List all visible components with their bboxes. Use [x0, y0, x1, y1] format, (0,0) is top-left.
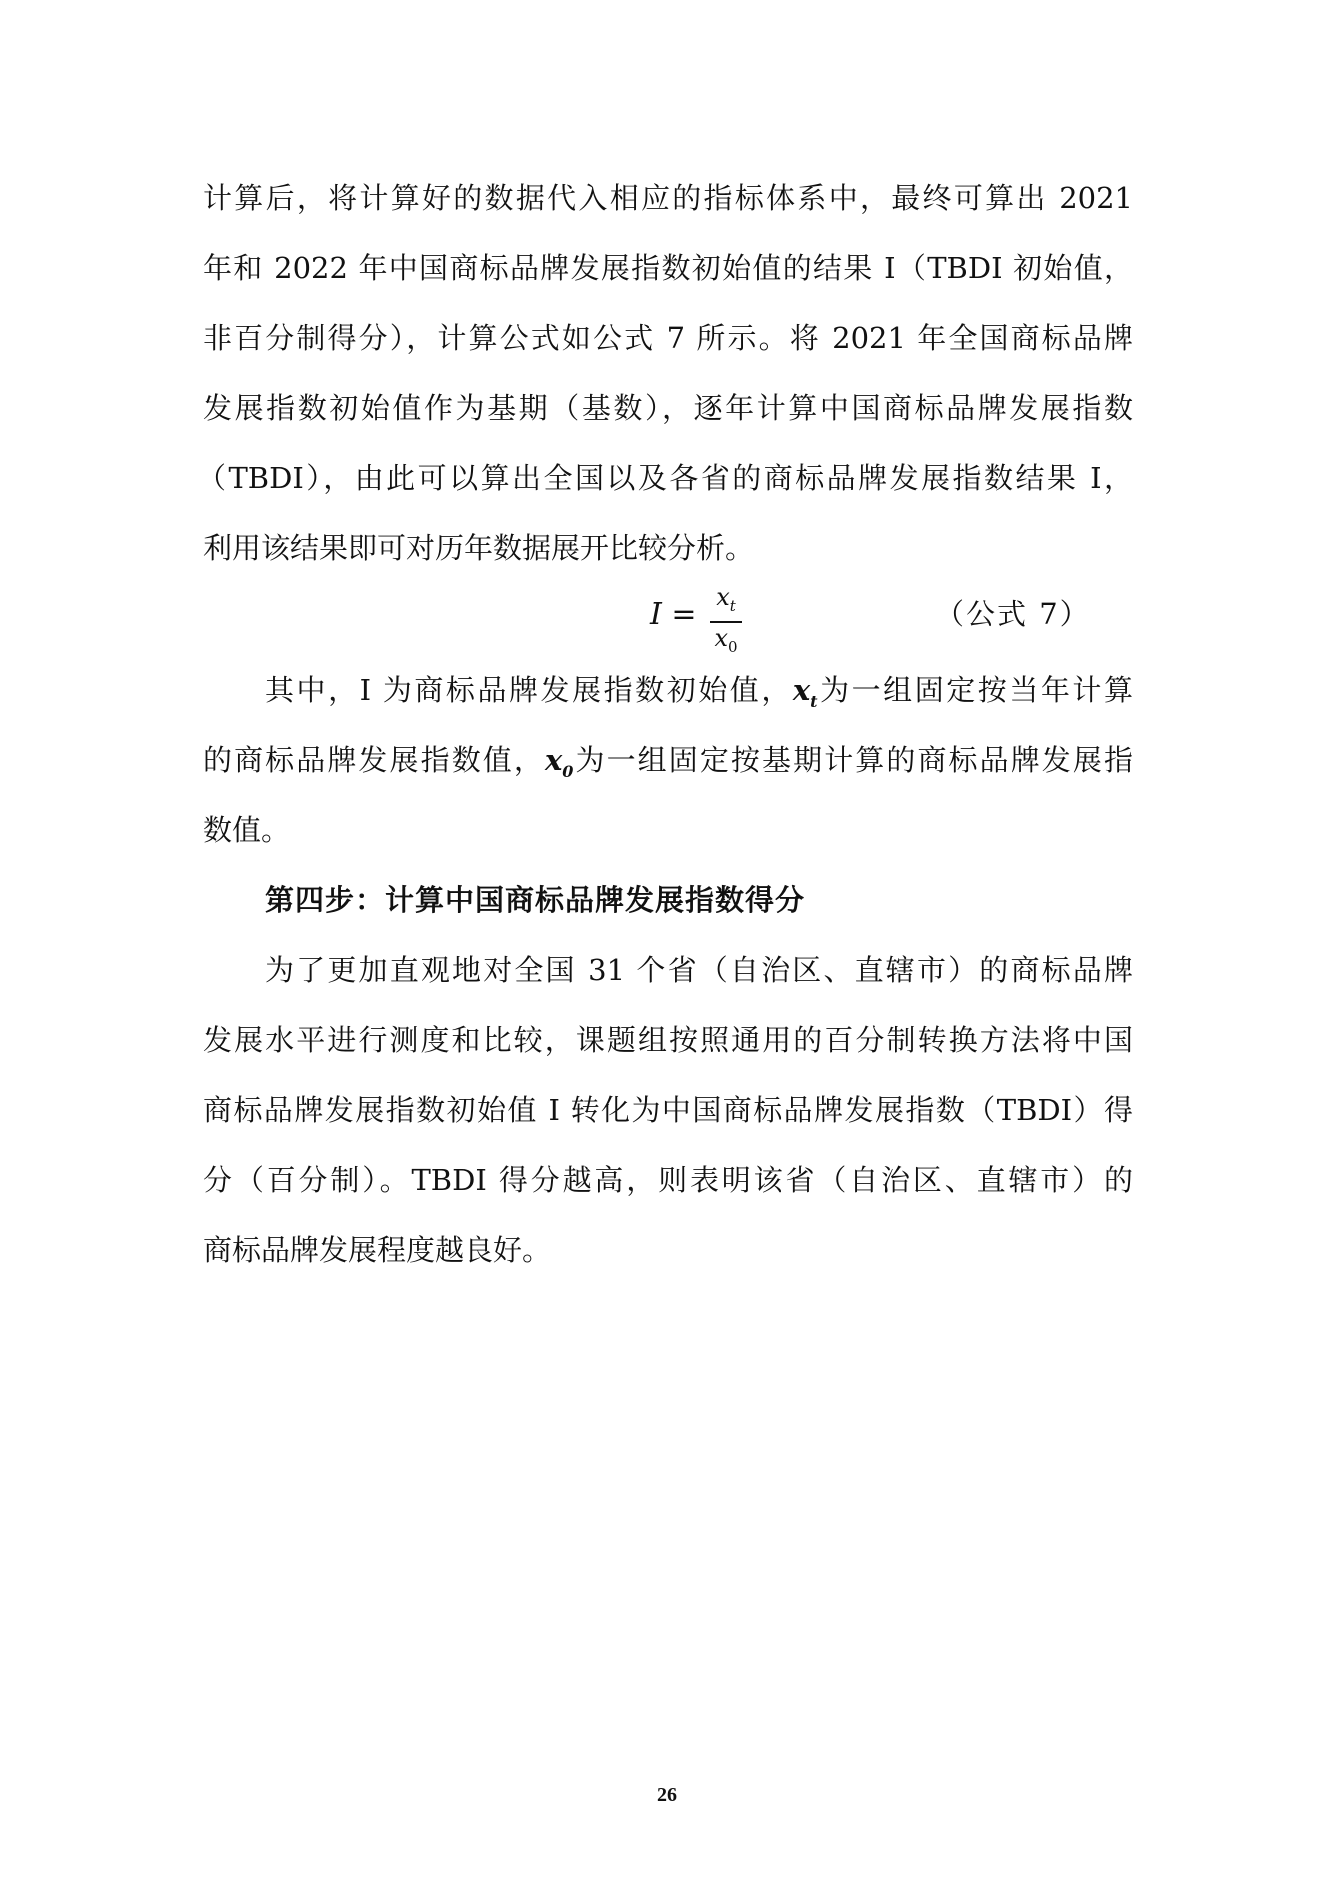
- text-line: 数值。: [203, 810, 1133, 850]
- text-line: 年和 2022 年中国商标品牌发展指数初始值的结果 I（TBDI 初始值，: [203, 248, 1133, 288]
- text-line: （TBDI），由此可以算出全国以及各省的商标品牌发展指数结果 I，: [197, 458, 1133, 498]
- formula-numerator: xt: [710, 583, 742, 620]
- section-heading: 第四步：计算中国商标品牌发展指数得分: [265, 880, 805, 920]
- document-page: 计算后，将计算好的数据代入相应的指标体系中，最终可算出 2021 年和 2022…: [0, 0, 1334, 1887]
- variable-x0: x0: [545, 743, 573, 777]
- text-line: 分（百分制）。TBDI 得分越高，则表明该省（自治区、直辖市）的: [203, 1160, 1133, 1200]
- page-number: 26: [0, 1784, 1334, 1807]
- variable-xt: xt: [793, 673, 818, 707]
- fraction-bar: [710, 621, 742, 623]
- text-line: 为了更加直观地对全国 31 个省（自治区、直辖市）的商标品牌: [265, 950, 1133, 990]
- text-line: 发展水平进行测度和比较，课题组按照通用的百分制转换方法将中国: [203, 1020, 1133, 1060]
- formula-lhs: I =: [650, 597, 697, 632]
- formula-label: （公式 7）: [935, 592, 1091, 633]
- formula-denominator: x0: [710, 624, 742, 661]
- text-line: 商标品牌发展指数初始值 I 转化为中国商标品牌发展指数（TBDI）得: [203, 1090, 1133, 1130]
- formula-fraction: xt x0: [710, 583, 742, 661]
- text-line: 非百分制得分），计算公式如公式 7 所示。将 2021 年全国商标品牌: [203, 318, 1133, 358]
- text-line: 其中，I 为商标品牌发展指数初始值，xt为一组固定按当年计算: [265, 670, 1133, 722]
- text-line: 利用该结果即可对历年数据展开比较分析。: [203, 528, 1133, 568]
- text-line: 商标品牌发展程度越良好。: [203, 1230, 1133, 1270]
- text-line: 的商标品牌发展指数值，x0为一组固定按基期计算的商标品牌发展指: [203, 740, 1133, 792]
- text-line: 计算后，将计算好的数据代入相应的指标体系中，最终可算出 2021: [203, 178, 1133, 218]
- text-line: 发展指数初始值作为基期（基数），逐年计算中国商标品牌发展指数: [203, 388, 1133, 428]
